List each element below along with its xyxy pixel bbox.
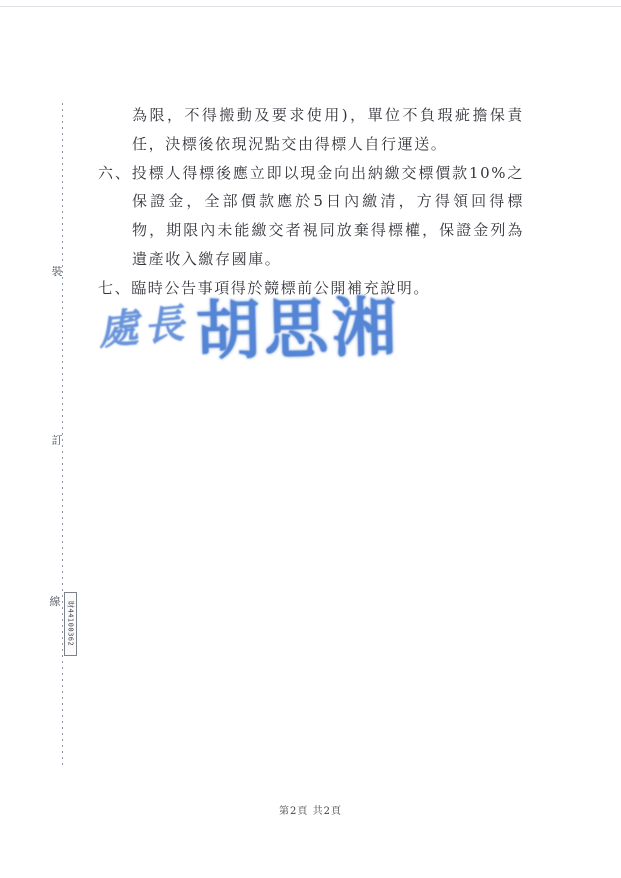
paragraph-text: 為限，不得搬動及要求使用)，單位不負瑕疵擔保責任，決標後依現況點交由得標人自行運… xyxy=(132,106,524,153)
binding-mark-zhuang: 裝 xyxy=(50,266,64,278)
paragraph-continuation: 為限，不得搬動及要求使用)，單位不負瑕疵擔保責任，決標後依現況點交由得標人自行運… xyxy=(132,101,524,159)
paragraph-text: 臨時公告事項得於競標前公開補充說明。 xyxy=(131,279,430,297)
binding-mark-ding: 訂 xyxy=(50,435,64,447)
paragraph-clause-7: 七、臨時公告事項得於競標前公開補充說明。 xyxy=(132,274,524,303)
binding-mark-xian: 線 xyxy=(48,596,62,608)
paragraph-text: 投標人得標後應立即以現金向出納繳交標價款10%之保證金，全部價款應於5日內繳清，… xyxy=(132,164,524,268)
clause-number: 六、 xyxy=(98,164,132,182)
page-number-footer: 第2頁 共2頁 xyxy=(0,802,621,817)
scan-fold-line xyxy=(0,6,621,7)
scanned-document-page: 裝 訂 線 財44100362 為限，不得搬動及要求使用)，單位不負瑕疵擔保責任… xyxy=(0,0,621,878)
file-number-text: 財44100362 xyxy=(66,601,76,646)
file-number-stamp: 財44100362 xyxy=(64,592,77,656)
paragraph-clause-6: 六、投標人得標後應立即以現金向出納繳交標價款10%之保證金，全部價款應於5日內繳… xyxy=(132,159,524,274)
document-body: 為限，不得搬動及要求使用)，單位不負瑕疵擔保責任，決標後依現況點交由得標人自行運… xyxy=(98,101,524,303)
clause-number: 七、 xyxy=(98,279,131,297)
